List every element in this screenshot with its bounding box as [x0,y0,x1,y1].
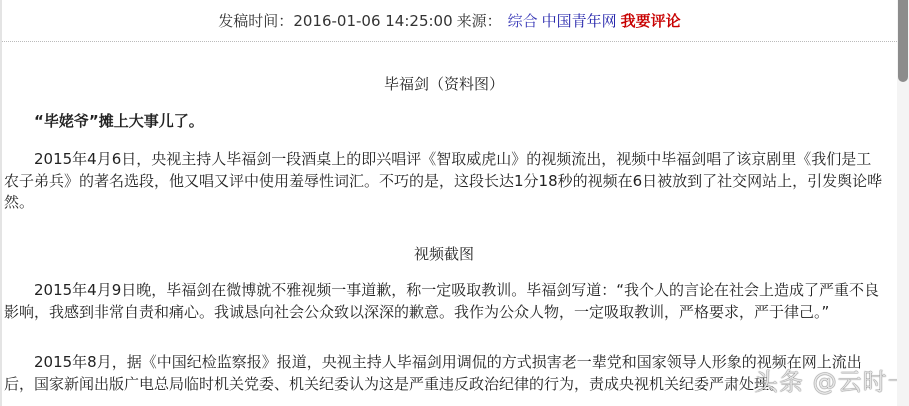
source-category-link[interactable]: 综合 [508,12,538,30]
article-paragraph: 2015年8月，据《中国纪检监察报》报道，央视主持人毕福剑用调侃的方式损害老一辈… [4,352,884,395]
source-label: 来源： [457,12,502,30]
article-meta-bar: 发稿时间：2016-01-06 14:25:00来源：综合中国青年网我要评论 [2,0,897,42]
publish-time-value: 2016-01-06 14:25:00 [293,12,452,30]
image-caption: 毕福剑（资料图） [4,74,884,95]
article-lead: “毕姥爷”摊上大事儿了。 [4,111,884,133]
article-paragraph: 2015年4月6日，央视主持人毕福剑一段酒桌上的即兴唱评《智取威虎山》的视频流出… [4,149,884,214]
article-page: 发稿时间：2016-01-06 14:25:00来源：综合中国青年网我要评论 毕… [0,0,897,406]
image-caption: 视频截图 [4,244,884,265]
comment-link[interactable]: 我要评论 [621,12,681,30]
watermark: 头条 @云时一 [754,362,897,397]
source-site-link[interactable]: 中国青年网 [542,12,617,30]
scrollbar-thumb[interactable] [898,0,908,82]
publish-time-label: 发稿时间： [218,12,293,30]
article-paragraph: 2015年4月9日晚，毕福剑在微博就不雅视频一事道歉，称一定吸取教训。毕福剑写道… [4,280,884,323]
vertical-scrollbar[interactable] [897,0,909,406]
